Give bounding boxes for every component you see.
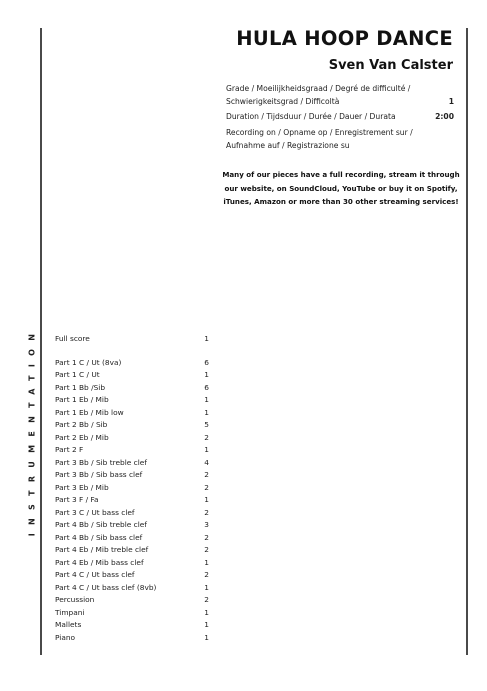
list-item: Part 3 Bb / Sib treble clef4 xyxy=(55,457,209,470)
list-item: Part 1 C / Ut (8va)6 xyxy=(55,357,209,370)
part-count: 1 xyxy=(204,407,209,420)
instrumentation-heading: INSTRUMENTATION xyxy=(28,326,37,537)
part-count: 6 xyxy=(204,382,209,395)
list-item: Part 4 C / Ut bass clef2 xyxy=(55,569,209,582)
part-name: Part 1 Bb /Sib xyxy=(55,383,105,392)
instrumentation-list: Full score 1 Part 1 C / Ut (8va)6Part 1 … xyxy=(55,333,209,644)
part-count: 2 xyxy=(204,569,209,582)
list-item: Mallets1 xyxy=(55,619,209,632)
part-count: 6 xyxy=(204,357,209,370)
part-name: Part 3 Eb / Mib xyxy=(55,483,109,492)
recording-label-line-1: Recording on / Opname op / Enregistremen… xyxy=(226,127,454,140)
part-name: Part 4 C / Ut bass clef (8vb) xyxy=(55,583,156,592)
part-name: Part 4 Eb / Mib treble clef xyxy=(55,545,148,554)
duration-value: 2:00 xyxy=(435,111,454,124)
part-count: 2 xyxy=(204,507,209,520)
part-name: Full score xyxy=(55,334,90,343)
list-item: Piano1 xyxy=(55,632,209,645)
list-item: Part 1 Eb / Mib low1 xyxy=(55,407,209,420)
list-item: Part 2 F1 xyxy=(55,444,209,457)
part-name: Part 3 Bb / Sib bass clef xyxy=(55,470,142,479)
promo-line-3: iTunes, Amazon or more than 30 other str… xyxy=(222,195,460,209)
list-spacer xyxy=(55,346,209,357)
part-name: Piano xyxy=(55,633,75,642)
list-item: Part 4 Eb / Mib bass clef1 xyxy=(55,557,209,570)
duration-info: Duration / Tijdsduur / Durée / Dauer / D… xyxy=(226,111,454,124)
part-count: 3 xyxy=(204,519,209,532)
list-item: Part 4 Bb / Sib bass clef2 xyxy=(55,532,209,545)
part-count: 2 xyxy=(204,482,209,495)
list-item: Part 4 Bb / Sib treble clef3 xyxy=(55,519,209,532)
part-count: 2 xyxy=(204,432,209,445)
list-item: Part 1 C / Ut1 xyxy=(55,369,209,382)
part-count: 1 xyxy=(204,582,209,595)
list-item: Part 4 Eb / Mib treble clef2 xyxy=(55,544,209,557)
part-name: Part 4 Bb / Sib treble clef xyxy=(55,520,147,529)
composer-name: Sven Van Calster xyxy=(329,58,453,73)
part-name: Part 1 Eb / Mib xyxy=(55,395,109,404)
right-divider-line xyxy=(466,28,468,655)
part-name: Part 1 Eb / Mib low xyxy=(55,408,124,417)
list-item: Part 3 C / Ut bass clef2 xyxy=(55,507,209,520)
part-count: 1 xyxy=(204,394,209,407)
piece-title: HULA HOOP DANCE xyxy=(236,27,453,50)
part-count: 1 xyxy=(204,557,209,570)
part-name: Part 1 C / Ut xyxy=(55,370,100,379)
list-item: Part 2 Bb / Sib5 xyxy=(55,419,209,432)
list-item: Part 1 Bb /Sib6 xyxy=(55,382,209,395)
left-divider-line xyxy=(40,28,42,655)
instrumentation-side-label: INSTRUMENTATION xyxy=(25,333,39,529)
part-name: Percussion xyxy=(55,595,94,604)
part-name: Part 3 F / Fa xyxy=(55,495,99,504)
part-name: Mallets xyxy=(55,620,81,629)
list-item: Part 3 Eb / Mib2 xyxy=(55,482,209,495)
parts-rows: Part 1 C / Ut (8va)6Part 1 C / Ut1Part 1… xyxy=(55,357,209,645)
part-count: 2 xyxy=(204,469,209,482)
promo-line-1: Many of our pieces have a full recording… xyxy=(222,168,460,182)
part-count: 1 xyxy=(204,444,209,457)
list-item: Percussion2 xyxy=(55,594,209,607)
grade-info: Grade / Moeilijkheidsgraad / Degré de di… xyxy=(226,83,454,108)
part-name: Part 3 Bb / Sib treble clef xyxy=(55,458,147,467)
duration-label: Duration / Tijdsduur / Durée / Dauer / D… xyxy=(226,111,454,124)
list-item: Part 1 Eb / Mib1 xyxy=(55,394,209,407)
part-count: 1 xyxy=(204,369,209,382)
part-count: 2 xyxy=(204,532,209,545)
part-count: 4 xyxy=(204,457,209,470)
list-item-full-score: Full score 1 xyxy=(55,333,209,346)
streaming-promo-text: Many of our pieces have a full recording… xyxy=(222,168,460,209)
promo-line-2: our website, on SoundCloud, YouTube or b… xyxy=(222,182,460,196)
list-item: Part 4 C / Ut bass clef (8vb)1 xyxy=(55,582,209,595)
part-name: Timpani xyxy=(55,608,85,617)
part-count: 1 xyxy=(204,333,209,346)
part-count: 2 xyxy=(204,544,209,557)
grade-value: 1 xyxy=(449,96,454,109)
grade-label-line-2: Schwierigkeitsgrad / Difficoltà xyxy=(226,96,454,109)
part-name: Part 2 Eb / Mib xyxy=(55,433,109,442)
part-name: Part 2 Bb / Sib xyxy=(55,420,107,429)
list-item: Part 3 Bb / Sib bass clef2 xyxy=(55,469,209,482)
part-name: Part 2 F xyxy=(55,445,83,454)
part-count: 1 xyxy=(204,632,209,645)
part-count: 2 xyxy=(204,594,209,607)
list-item: Part 3 F / Fa1 xyxy=(55,494,209,507)
part-name: Part 3 C / Ut bass clef xyxy=(55,508,135,517)
list-item: Timpani1 xyxy=(55,607,209,620)
part-name: Part 4 Bb / Sib bass clef xyxy=(55,533,142,542)
part-name: Part 4 C / Ut bass clef xyxy=(55,570,135,579)
list-item: Part 2 Eb / Mib2 xyxy=(55,432,209,445)
part-name: Part 4 Eb / Mib bass clef xyxy=(55,558,144,567)
grade-label-line-1: Grade / Moeilijkheidsgraad / Degré de di… xyxy=(226,83,454,96)
part-name: Part 1 C / Ut (8va) xyxy=(55,358,121,367)
part-count: 1 xyxy=(204,494,209,507)
part-count: 5 xyxy=(204,419,209,432)
recording-info: Recording on / Opname op / Enregistremen… xyxy=(226,127,454,152)
recording-label-line-2: Aufnahme auf / Registrazione su xyxy=(226,140,454,153)
part-count: 1 xyxy=(204,619,209,632)
part-count: 1 xyxy=(204,607,209,620)
